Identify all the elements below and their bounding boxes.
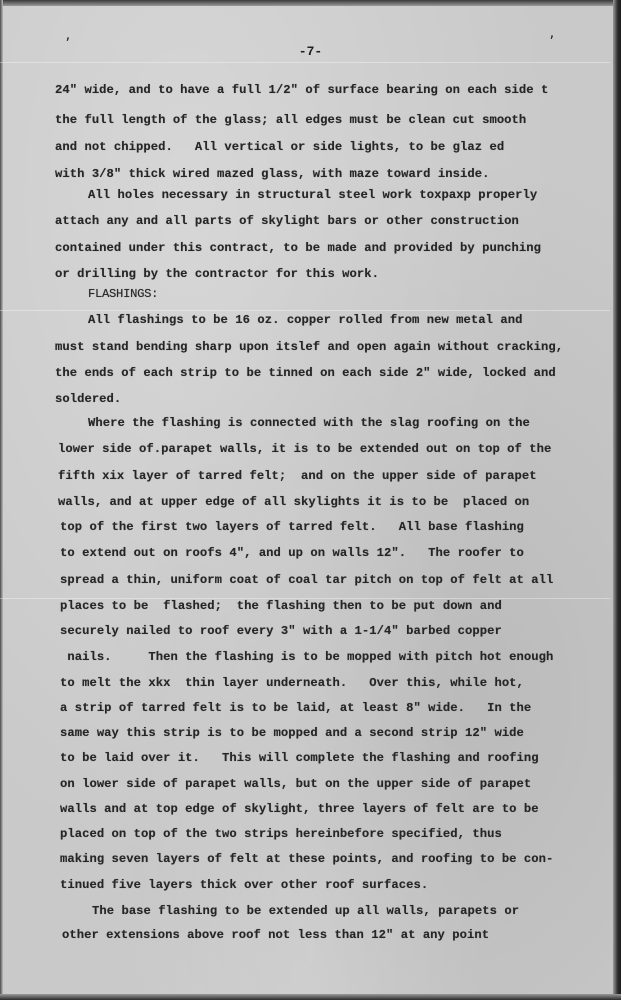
fold-line [0,310,610,311]
text-line: 24" wide, and to have a full 1/2" of sur… [55,83,548,97]
text-line: making seven layers of felt at these poi… [60,852,553,866]
scan-border-bottom [0,994,621,1000]
text-line: attach any and all parts of skylight bar… [55,214,519,228]
text-line: same way this strip is to be mopped and … [60,726,524,740]
text-line: to be laid over it. This will complete t… [60,751,539,765]
text-line: lower side of.parapet walls, it is to be… [58,442,551,456]
text-line: to extend out on roofs 4", and up on wal… [60,546,524,560]
text-line: walls and at top edge of skylight, three… [60,802,539,816]
text-line: and not chipped. All vertical or side li… [55,140,504,154]
text-line: with 3/8" thick wired mazed glass, with … [55,167,489,181]
text-line: walls, and at upper edge of all skylight… [58,495,529,509]
text-line: on lower side of parapet walls, but on t… [60,777,531,791]
text-line: tinued five layers thick over other roof… [60,878,428,892]
text-line: the full length of the glass; all edges … [55,113,526,127]
document-page: ʼ ʼ -7- 24" wide, and to have a full 1/2… [0,0,621,1000]
text-line: The base flashing to be extended up all … [92,904,519,918]
text-line: spread a thin, uniform coat of coal tar … [60,573,553,587]
text-line: must stand bending sharp upon itslef and… [55,340,563,354]
text-line: Where the flashing is connected with the… [88,416,530,430]
text-line: the ends of each strip to be tinned on e… [55,366,556,380]
text-line: All holes necessary in structural steel … [88,188,537,202]
text-line: top of the first two layers of tarred fe… [60,520,524,534]
scan-border-left [0,0,3,1000]
text-line: or drilling by the contractor for this w… [55,267,379,281]
text-line: All flashings to be 16 oz. copper rolled… [88,313,522,327]
text-line: contained under this contract, to be mad… [55,241,541,255]
scan-border-top [0,0,621,6]
text-line: nails. Then the flashing is to be mopped… [60,650,553,664]
text-line: fifth xix layer of tarred felt; and on t… [58,469,537,483]
fold-line [0,62,610,63]
scan-border-right [613,0,621,1000]
text-line: a strip of tarred felt is to be laid, at… [60,701,531,715]
section-heading: FLASHINGS: [88,287,158,301]
text-line: securely nailed to roof every 3" with a … [60,624,502,638]
page-number: -7- [0,44,621,59]
text-line: places to be flashed; the flashing then … [60,599,502,613]
text-line: to melt the xkx thin layer underneath. O… [60,676,524,690]
text-line: other extensions above roof not less tha… [62,928,489,942]
text-line: soldered. [55,392,121,406]
text-line: placed on top of the two strips hereinbe… [60,827,502,841]
